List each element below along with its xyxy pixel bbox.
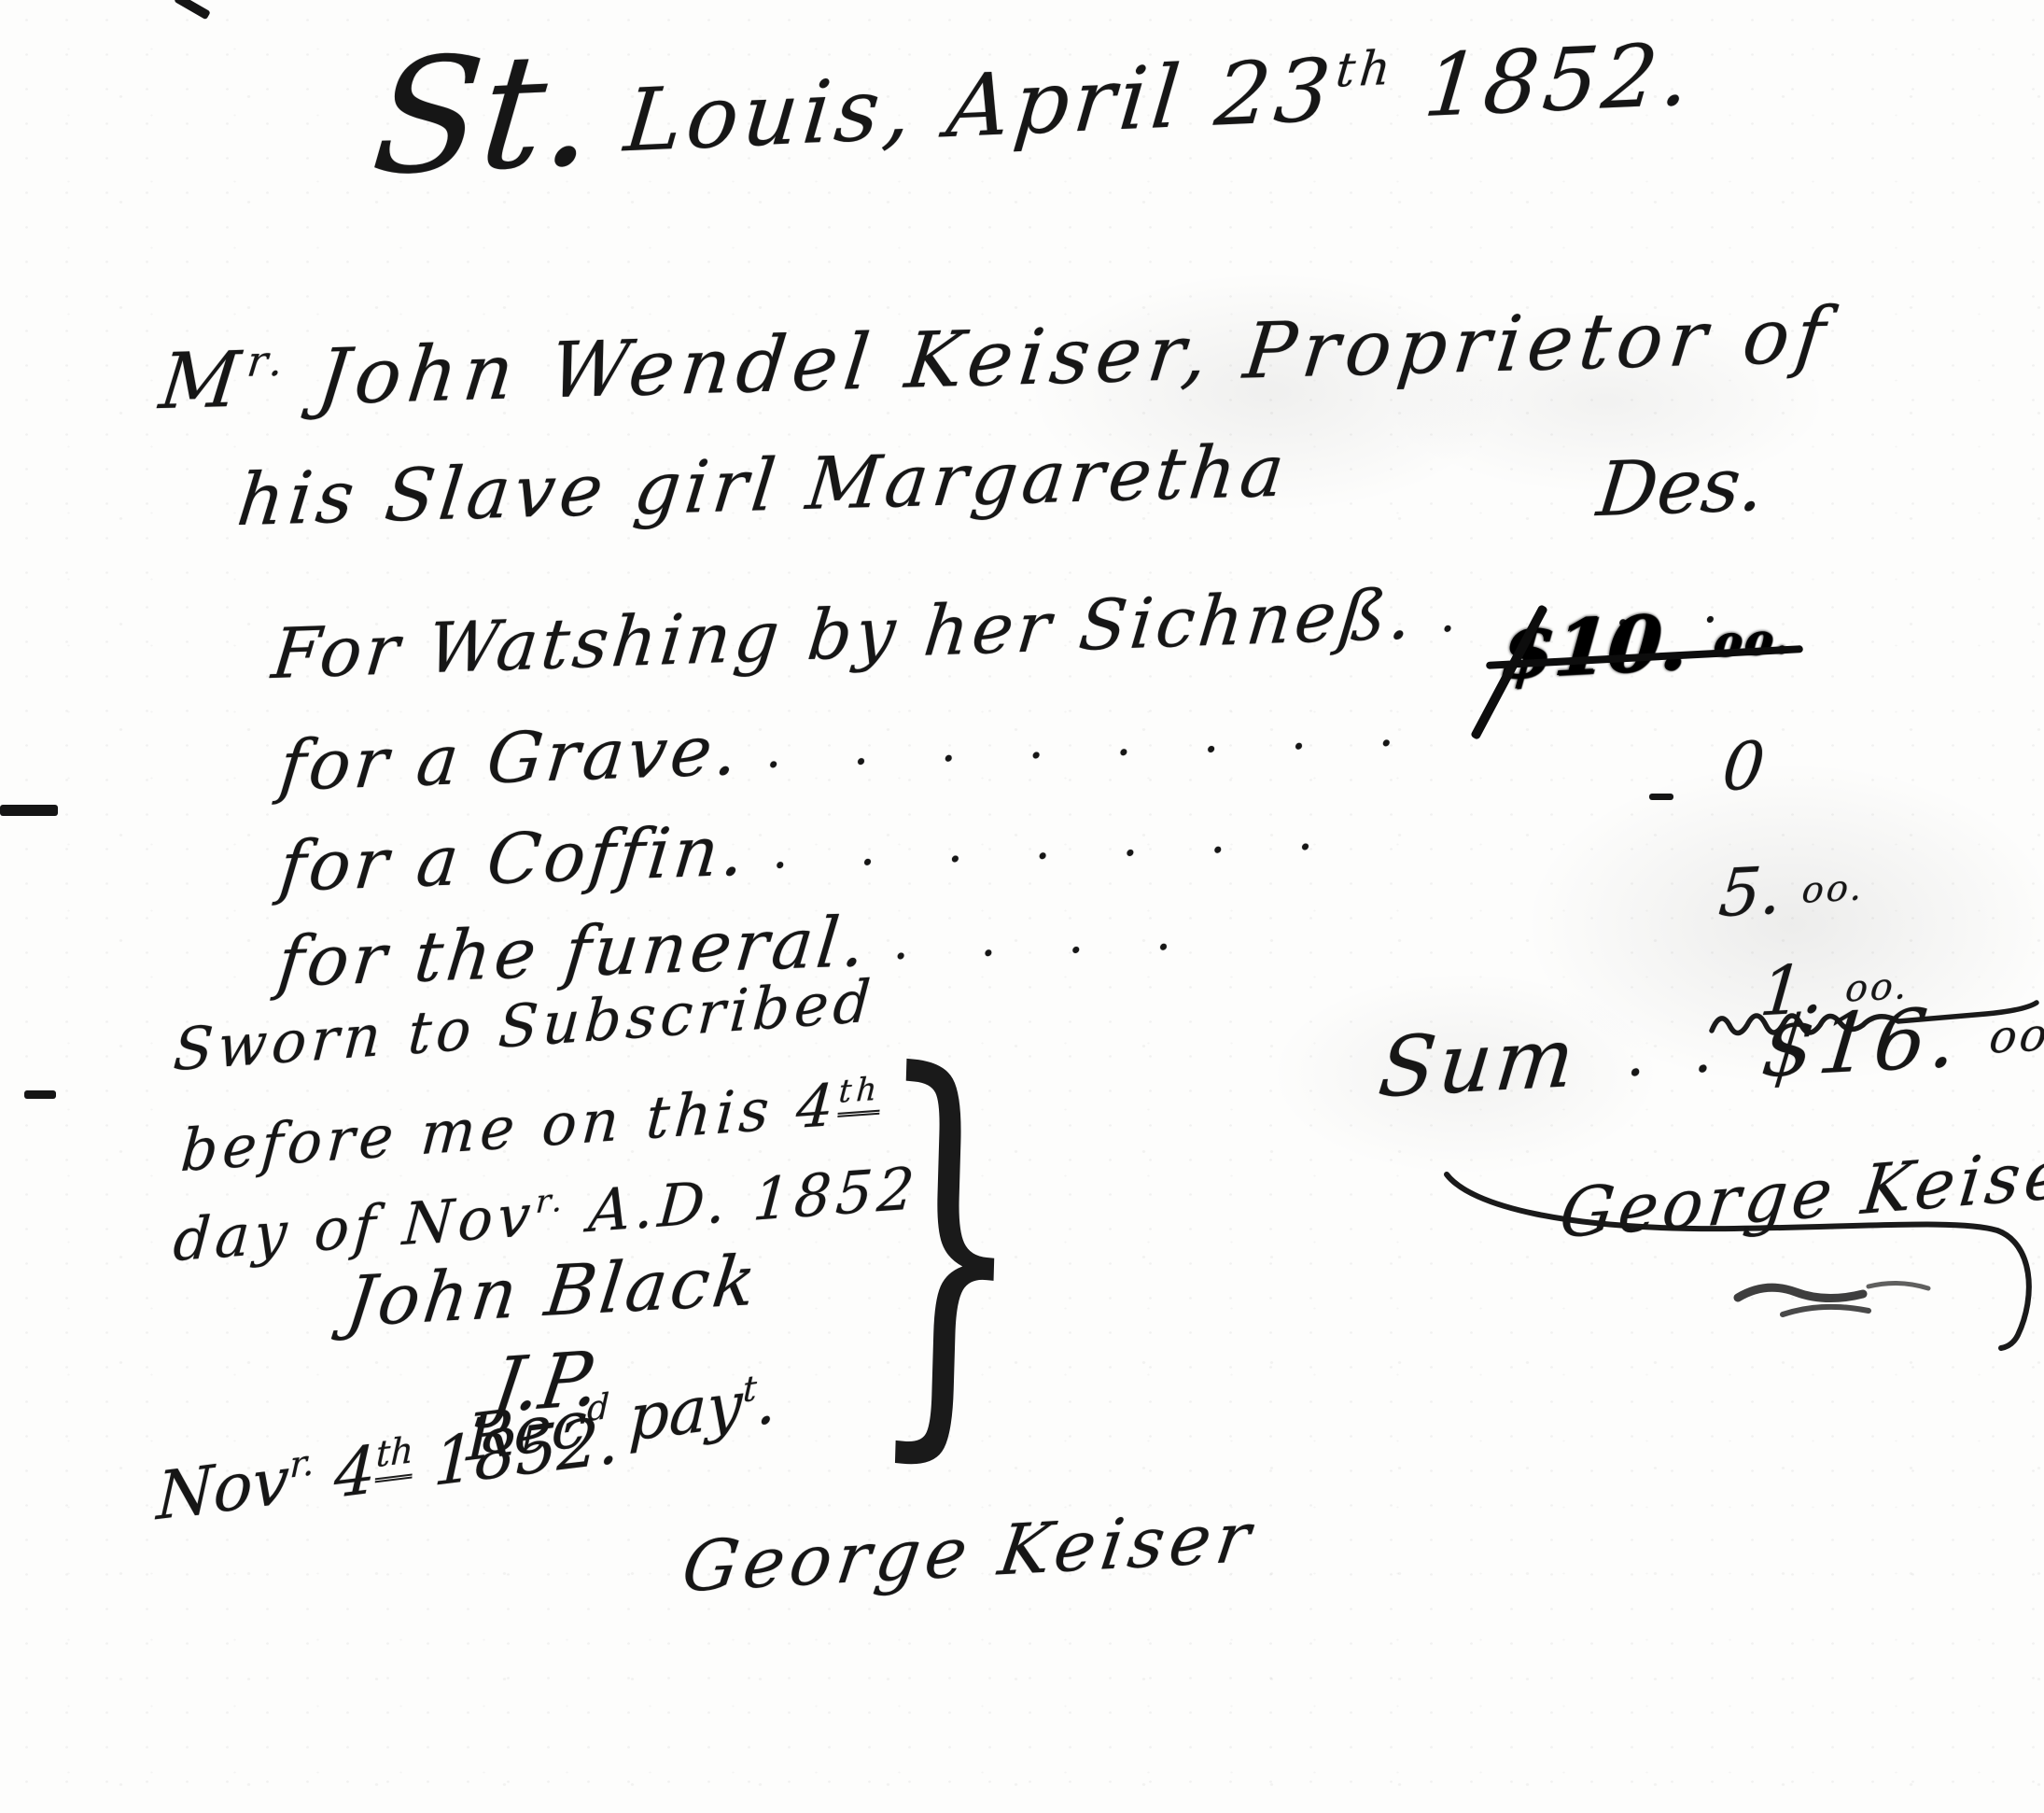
amount-cents: oo.: [1712, 612, 1795, 667]
date-text: Nov: [156, 1441, 291, 1535]
superscript: t: [742, 1367, 757, 1410]
ordinal-suffix: th: [375, 1429, 414, 1483]
attestation-text: A.D. 1852: [564, 1154, 921, 1247]
received-text: pay: [608, 1368, 744, 1458]
addressee-line: Mr. John Wendel Keiser, Proprietor of: [156, 291, 1836, 427]
amount-dollars: 0: [1719, 727, 1768, 807]
addressee-mr: M: [156, 335, 251, 427]
dateline-city-date: Louis, April 23: [589, 40, 1339, 173]
sum-line: Sum . . $16. oo.: [1375, 983, 2044, 1116]
dot-leader: . . . .: [891, 902, 1204, 971]
dateline: St. Louis, April 23th 1852.: [369, 24, 1699, 182]
addressee-name: John Wendel Keiser, Proprietor of: [283, 291, 1837, 424]
dateline-ordinal: th: [1334, 40, 1398, 98]
charge-label: For Watshing by her Sichneß.: [268, 574, 1419, 695]
dot-leader: . . . . . . .: [771, 802, 1346, 880]
signature-scribble: [1729, 1258, 1973, 1326]
scan-artifact: [24, 1090, 56, 1099]
date-text: 1852.: [412, 1401, 621, 1504]
curly-brace: }: [863, 963, 1032, 1525]
amount-cents: oo.: [1800, 866, 1867, 912]
charge-amount-coffin: 5. oo.: [1715, 848, 1868, 933]
dot-leader: . . . . . . . .: [764, 698, 1427, 780]
scan-artifact: [1649, 794, 1673, 800]
addressee-subject: his Slave girl Margaretha: [233, 429, 1293, 542]
charge-label: for a Grave.: [275, 710, 745, 808]
scanned-receipt-page: St. Louis, April 23th 1852. Mr. John Wen…: [0, 0, 2044, 1813]
sum-label: Sum: [1375, 1009, 1583, 1117]
dateline-year: 1852.: [1388, 24, 1699, 138]
received-date-line: Novr. 4th 1852.: [156, 1401, 621, 1536]
sum-cents: oo.: [1987, 1007, 2044, 1064]
addressee-mr-sup: r.: [245, 335, 292, 386]
addressee-subject-line: his Slave girl Margaretha: [233, 429, 1293, 542]
charge-amount-grave: 0: [1719, 727, 1768, 807]
scan-artifact: [174, 0, 211, 20]
amount-dollars: 5.: [1715, 851, 1785, 932]
signature-george-keiser-bottom: George Keiser: [678, 1497, 1261, 1609]
date-text: 4: [313, 1431, 377, 1516]
superscript: r.: [289, 1441, 315, 1487]
debtor-abbreviation: Des.: [1593, 441, 1769, 534]
signature-text: George Keiser: [678, 1497, 1261, 1609]
dot-leader: . .: [1590, 1014, 1766, 1092]
sum-amount: $16.: [1757, 989, 1966, 1096]
received-text: .: [755, 1364, 777, 1441]
charge-label: for a Coffin.: [275, 810, 751, 907]
scan-artifact: [0, 805, 58, 816]
charge-item-grave: for a Grave.. . . . . . . .: [275, 686, 1428, 807]
ordinal-suffix: r.: [535, 1182, 568, 1222]
dateline-city-initial: St.: [366, 17, 604, 210]
brace-glyph: }: [864, 982, 1032, 1507]
debtor-text: Des.: [1593, 441, 1769, 534]
